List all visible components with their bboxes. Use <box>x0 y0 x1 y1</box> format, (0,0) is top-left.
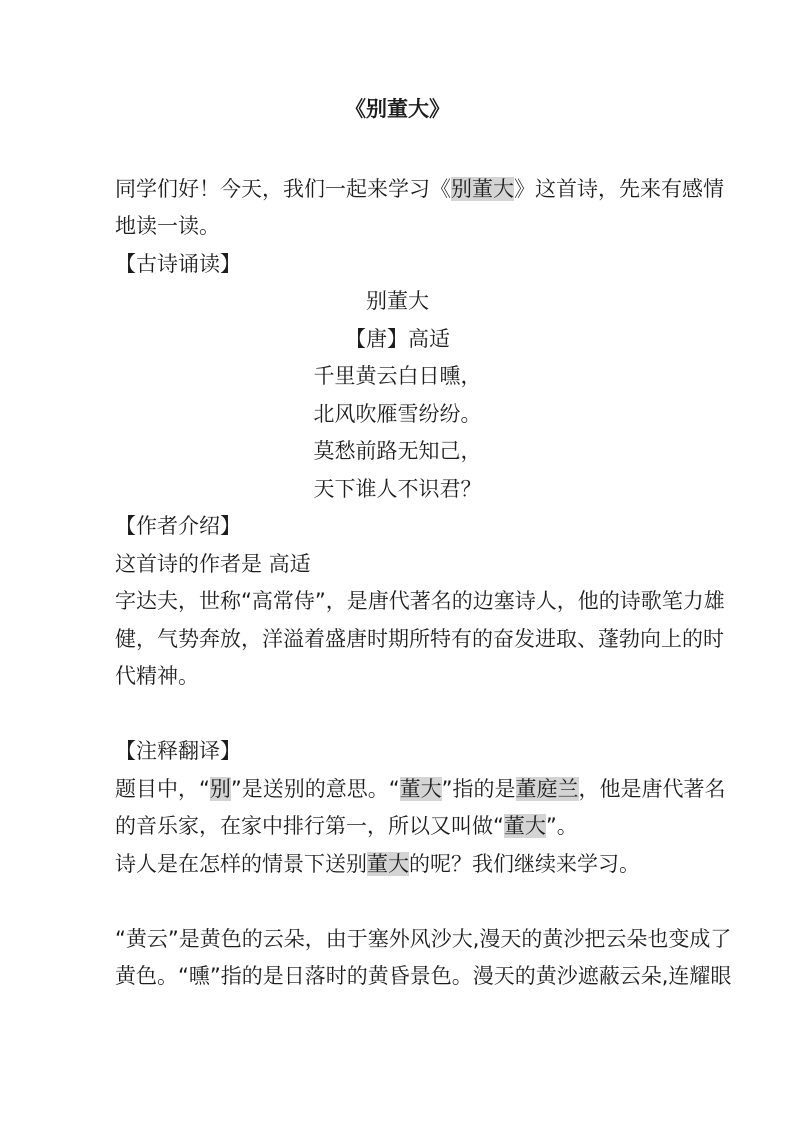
paragraph-line: 健，气势奔放，洋溢着盛唐时期所特有的奋发进取、蓬勃向上的时 <box>115 621 680 659</box>
blank-line <box>115 883 680 921</box>
highlighted-term: 别董大 <box>451 177 514 201</box>
text-segment: 的音乐家，在家中排行第一，所以又叫做“ <box>115 814 504 838</box>
text-segment: 字达夫，世称“高常侍”，是唐代著名的边塞诗人，他的诗歌笔力雄 <box>115 589 725 613</box>
paragraph-line: 字达夫，世称“高常侍”，是唐代著名的边塞诗人，他的诗歌笔力雄 <box>115 583 680 621</box>
text-segment: 《别董大》 <box>345 97 450 121</box>
blank-line <box>115 133 680 171</box>
text-segment: “黄云”是黄色的云朵，由于塞外风沙大,漫天的黄沙把云朵也变成了 <box>115 927 731 951</box>
paragraph-line: 同学们好！今天，我们一起来学习《别董大》这首诗，先来有感情 <box>115 171 680 209</box>
poem-line: 莫愁前路无知己， <box>115 433 680 471</box>
text-segment: ”是送别的意思。“ <box>231 777 400 801</box>
blank-line <box>115 696 680 734</box>
poem-line: 北风吹雁雪纷纷。 <box>115 396 680 434</box>
text-segment: 【古诗诵读】 <box>115 252 241 276</box>
poem-line: 天下谁人不识君？ <box>115 471 680 509</box>
poem-line: 【唐】高适 <box>115 321 680 359</box>
highlighted-term: 董庭兰 <box>516 777 579 801</box>
text-segment: 健，气势奔放，洋溢着盛唐时期所特有的奋发进取、蓬勃向上的时 <box>115 627 724 651</box>
text-segment: 》这首诗，先来有感情 <box>514 177 724 201</box>
text-segment: 同学们好！今天，我们一起来学习《 <box>115 177 451 201</box>
document-page: 《别董大》同学们好！今天，我们一起来学习《别董大》这首诗，先来有感情地读一读。【… <box>0 0 793 1123</box>
text-segment: 地读一读。 <box>115 214 220 238</box>
poem-line: 别董大 <box>115 283 680 321</box>
document-content: 《别董大》同学们好！今天，我们一起来学习《别董大》这首诗，先来有感情地读一读。【… <box>115 85 680 996</box>
highlighted-term: 董大 <box>367 852 409 876</box>
paragraph-line: “黄云”是黄色的云朵，由于塞外风沙大,漫天的黄沙把云朵也变成了 <box>115 921 680 959</box>
section-header: 【注释翻译】 <box>115 733 680 771</box>
highlighted-term: 董大 <box>504 814 546 838</box>
document-title: 《别董大》 <box>115 85 680 133</box>
text-segment: 这首诗的作者是 高适 <box>115 552 311 576</box>
paragraph-line: 地读一读。 <box>115 208 680 246</box>
poem-line: 千里黄云白日曛， <box>115 358 680 396</box>
text-segment: ”。 <box>546 814 578 838</box>
highlighted-term: 别 <box>210 777 231 801</box>
paragraph-line: 题目中，“别”是送别的意思。“董大”指的是董庭兰，他是唐代著名 <box>115 771 680 809</box>
paragraph-line: 代精神。 <box>115 658 680 696</box>
text-segment: 的呢？我们继续来学习。 <box>409 852 640 876</box>
text-segment: 题目中，“ <box>115 777 210 801</box>
paragraph-line: 【古诗诵读】 <box>115 246 680 284</box>
section-header-text: 【注释翻译】 <box>115 739 241 763</box>
text-segment: 【唐】高适 <box>345 327 450 351</box>
paragraph-line: 【作者介绍】 <box>115 508 680 546</box>
text-segment: 千里黄云白日曛， <box>314 364 482 388</box>
paragraph-line: 这首诗的作者是 高适 <box>115 546 680 584</box>
text-segment: 天下谁人不识君？ <box>314 477 482 501</box>
text-segment: 代精神。 <box>115 664 199 688</box>
text-segment: 北风吹雁雪纷纷。 <box>314 402 482 426</box>
text-segment: ”指的是 <box>442 777 516 801</box>
text-segment: 诗人是在怎样的情景下送别 <box>115 852 367 876</box>
highlighted-term: 董大 <box>400 777 442 801</box>
paragraph-line: 诗人是在怎样的情景下送别董大的呢？我们继续来学习。 <box>115 846 680 884</box>
paragraph-line: 黄色。“曛”指的是日落时的黄昏景色。漫天的黄沙遮蔽云朵,连耀眼 <box>115 958 680 996</box>
text-segment: 【作者介绍】 <box>115 514 241 538</box>
text-segment: 别董大 <box>366 289 429 313</box>
text-segment: ，他是唐代著名 <box>579 777 726 801</box>
text-segment: 莫愁前路无知己， <box>314 439 482 463</box>
text-segment: 黄色。“曛”指的是日落时的黄昏景色。漫天的黄沙遮蔽云朵,连耀眼 <box>115 964 731 988</box>
paragraph-line: 的音乐家，在家中排行第一，所以又叫做“董大”。 <box>115 808 680 846</box>
